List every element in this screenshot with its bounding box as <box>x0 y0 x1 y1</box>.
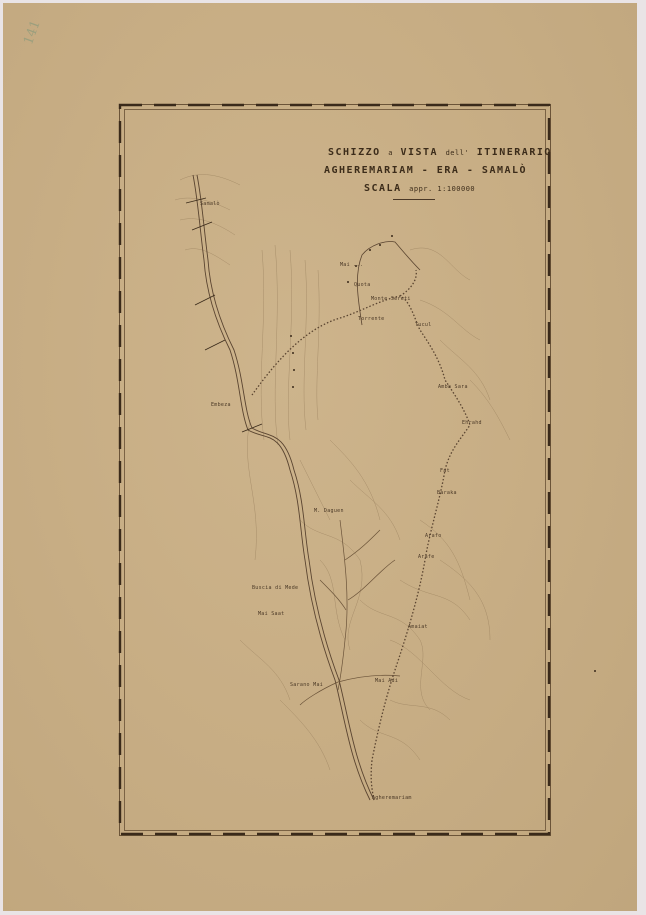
place-label-samalo: Samalò <box>200 201 220 207</box>
place-label-torrente: Torrente <box>358 316 384 322</box>
title-line-1: SCHIZZO a VISTA dell' ITINERARIO <box>328 147 552 158</box>
place-label-mai-daguen: M. Daguen <box>314 508 344 514</box>
place-label-quota: Quota <box>354 282 371 288</box>
frame-dashes <box>120 105 549 834</box>
title-line-2: AGHEREMARIAM - ERA - SAMALÒ <box>324 165 527 176</box>
place-label-amba: Amba Sara <box>438 384 468 390</box>
place-label-amaiat: Amaiat <box>408 624 428 630</box>
place-label-monte-sereti: Monte Sereti <box>371 296 411 302</box>
place-label-arafo: Arafo <box>425 533 442 539</box>
dot-markers <box>290 235 393 388</box>
scale-label: SCALA <box>364 183 402 194</box>
map-drawing <box>0 0 646 915</box>
place-label-agheremariam: Agheremariam <box>372 795 412 801</box>
place-label-fat: Fat <box>440 468 450 474</box>
place-label-mai-adi: Mai Adi <box>375 678 398 684</box>
place-label-arafo2: Arafe <box>418 554 435 560</box>
place-label-baraka: Baraka <box>437 490 457 496</box>
place-label-mai-saat: Mai Saat <box>258 611 284 617</box>
place-label-era-left: Embeza <box>211 402 231 408</box>
place-label-mai-lavorato: Mai ... <box>340 262 363 268</box>
place-label-tukul: Tucul <box>415 322 432 328</box>
title-word-dell: dell' <box>446 149 470 157</box>
title-word-a: a <box>388 149 393 157</box>
road-crossings <box>186 198 262 432</box>
title-underline <box>393 199 435 200</box>
title-scale-line: SCALA appr. 1:100000 <box>364 183 475 194</box>
title-word-itinerario: ITINERARIO <box>477 147 552 158</box>
place-label-buscia: Buscia di Mede <box>252 585 298 591</box>
place-label-sarano-mai: Sarano Mai <box>290 682 323 688</box>
place-label-era: Ehrahd <box>462 420 482 426</box>
title-word-vista: VISTA <box>400 147 438 158</box>
scale-value: appr. 1:100000 <box>409 185 475 193</box>
title-word-schizzo: SCHIZZO <box>328 147 381 158</box>
main-road <box>193 175 374 800</box>
